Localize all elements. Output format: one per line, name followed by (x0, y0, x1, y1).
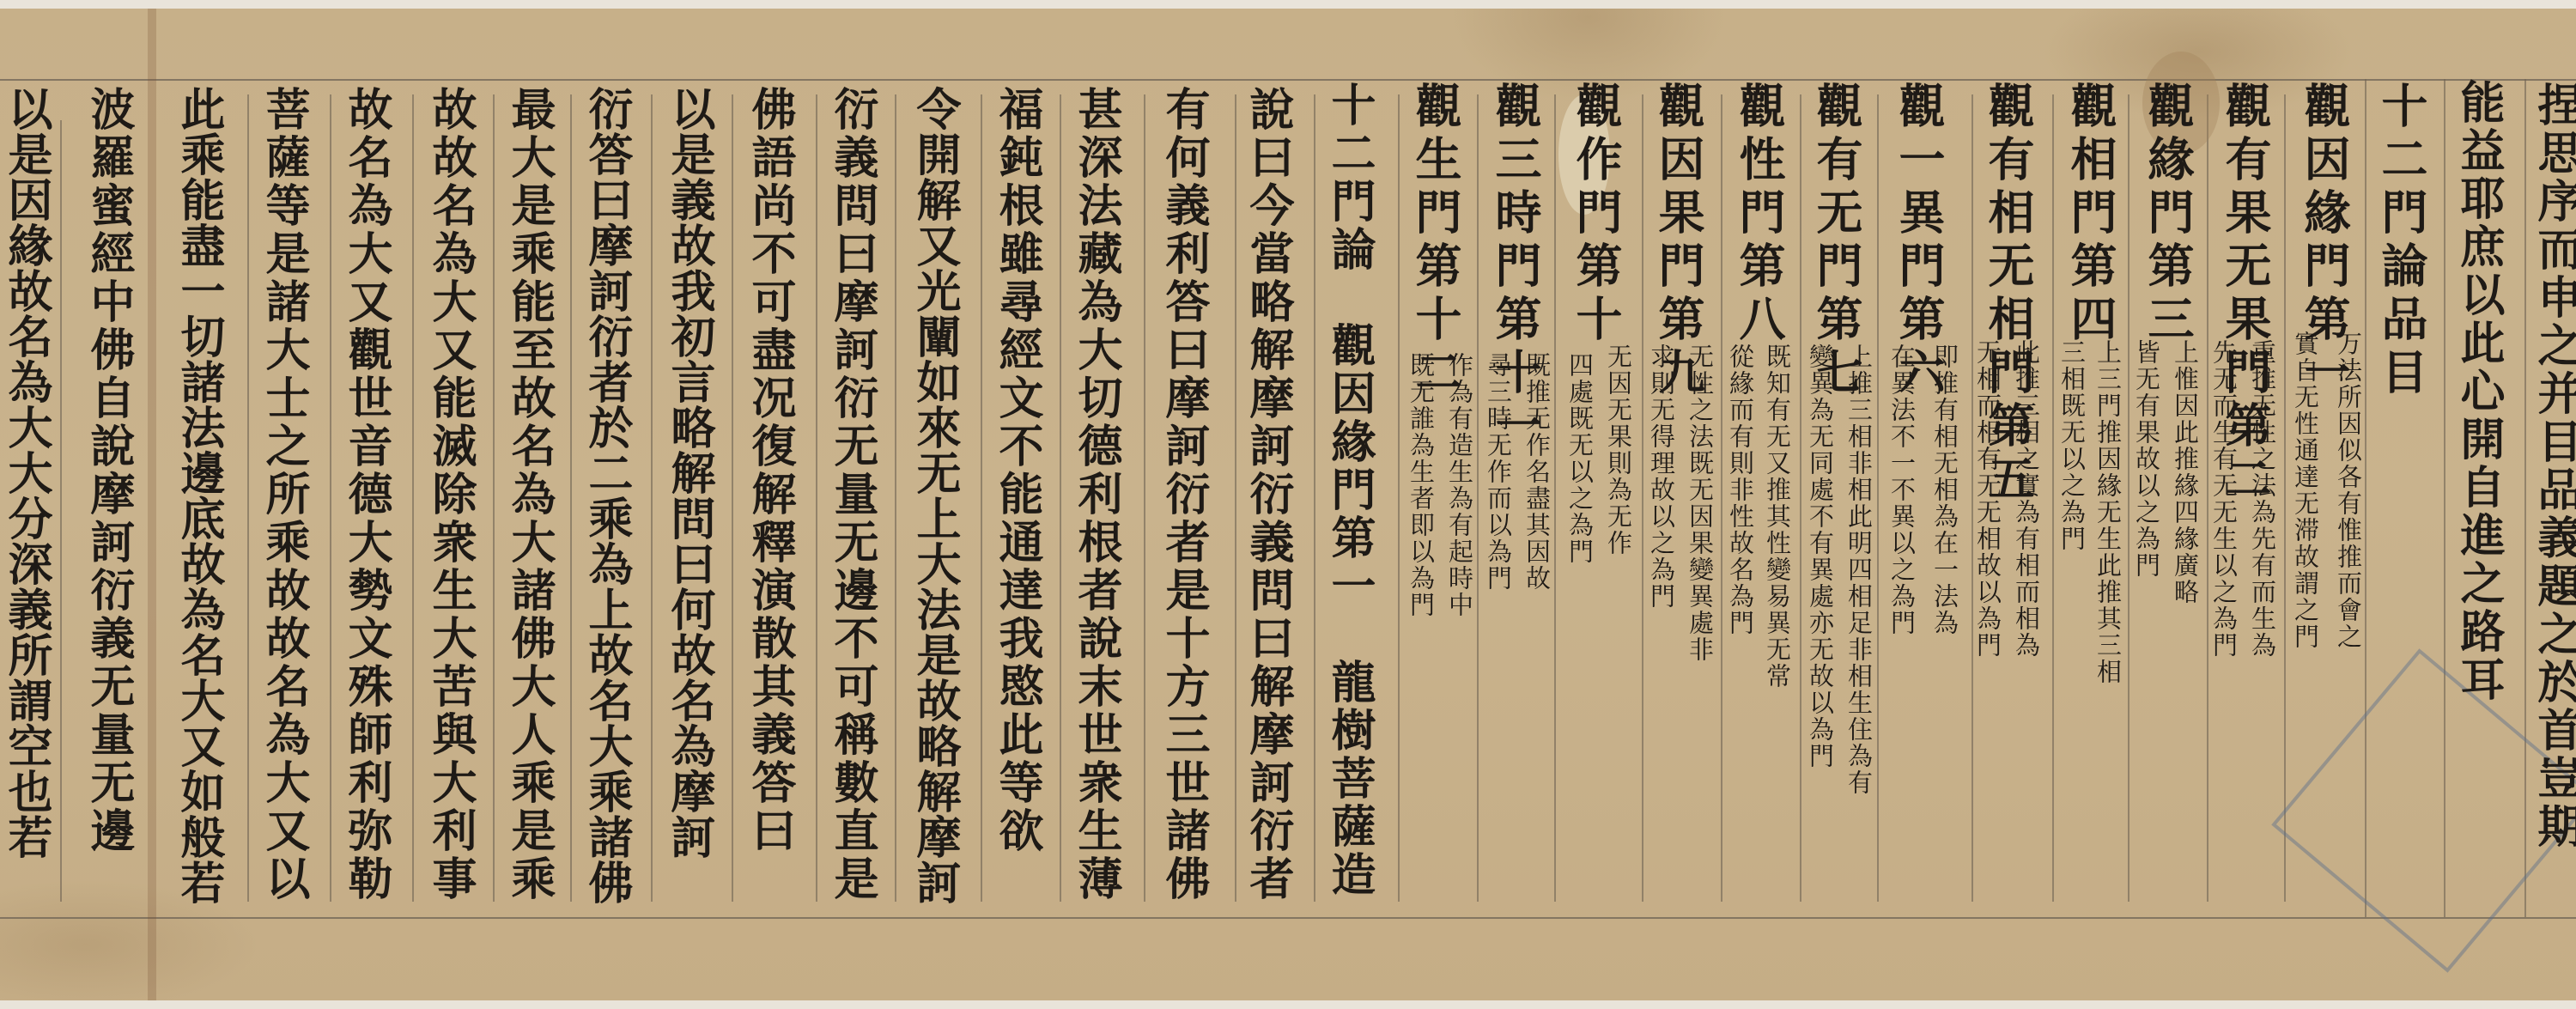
chapter-note-2b: 先无而生有无无生以之為門 (2211, 339, 2236, 659)
column-ruling (2284, 94, 2286, 902)
chapter-note-3b: 皆无有果故以之為門 (2134, 339, 2159, 579)
preface-column-1: 捏思序而申之并目品義題之於首豈期 (2533, 82, 2576, 851)
body-column-8: 以是義故我初言略解問曰何故名為摩訶 (666, 86, 711, 860)
chapter-note-6b: 在異法不一不異以之為門 (1889, 343, 1914, 636)
column-ruling (60, 120, 62, 902)
body-column-5: 令開解又光闡如來无上大法是故略解摩訶 (912, 86, 957, 905)
top-margin (0, 0, 2576, 9)
column-ruling (1314, 94, 1315, 902)
chapter-note-1b: 實自无性通達无滞故謂之門 (2293, 331, 2318, 650)
chapter-note-5b: 无相而相有无无相故以為門 (1975, 339, 2000, 659)
paper-seam (148, 9, 156, 1000)
chapter-note-11a: 既推无作名盡其因故 (1524, 352, 1549, 592)
chapter-note-3a: 上惟因此推緣四緣廣略 (2172, 339, 2197, 605)
body-column-2: 有何義利答曰摩訶衍者是十方三世諸佛 (1161, 86, 1206, 903)
chapter-title-10: 觀作門第十 (1573, 82, 1619, 348)
column-ruling (651, 94, 653, 902)
body-column-4: 福鈍根雖尋經文不能通達我愍此等欲 (994, 86, 1039, 855)
chapter-note-6a: 即推有相无相為在一法為 (1932, 343, 1957, 636)
chapter-title-3: 觀緣門第三 (2145, 82, 2191, 348)
column-ruling (1554, 94, 1556, 902)
bottom-margin (0, 1000, 2576, 1009)
preface-column-2: 能益耶庶以此心開自進之路耳 (2456, 79, 2500, 704)
column-ruling (1800, 94, 1801, 902)
column-ruling (2128, 94, 2129, 902)
chapter-note-4a: 上三門推因緣无生此推其三相 (2095, 339, 2120, 685)
manuscript-scroll: 捏思序而申之并目品義題之於首豈期 能益耶庶以此心開自進之路耳 十二門論品目 觀因… (0, 0, 2576, 1009)
column-ruling (1398, 94, 1400, 902)
chapter-note-5a: 此推三相之實為有相而相為 (2014, 339, 2038, 659)
column-ruling (1877, 94, 1879, 902)
chapter-note-10b: 四處既无以之為門 (1567, 352, 1592, 565)
column-ruling (2052, 94, 2054, 902)
body-column-10: 最大是乘能至故名為大諸佛大人乘是乘 (507, 86, 551, 903)
chapter-note-7a: 上推三相非相此明四相足非相生住為有 (1846, 343, 1871, 796)
body-column-13: 菩薩等是諸大士之所乘故故名為大又以 (261, 86, 306, 903)
body-column-3: 甚深法藏為大切德利根者說末世衆生薄 (1073, 86, 1118, 903)
body-column-16: 以是因緣故名為大大分深義所謂空也若 (3, 86, 48, 860)
body-column-6: 衍義問曰摩訶衍无量无邊不可稱數直是 (829, 86, 874, 903)
chapter-title-4: 觀相門第四 (2068, 82, 2114, 348)
column-ruling (330, 94, 331, 902)
body-column-12: 故名為大又觀世音德大勢文殊師利弥勒 (343, 86, 388, 903)
chapter-note-1a: 万法所因似各有惟推而會之 (2336, 331, 2360, 650)
body-column-15: 波羅蜜經中佛自說摩訶衍義无量无邊 (86, 86, 131, 855)
column-ruling (247, 94, 249, 902)
column-ruling (732, 94, 733, 902)
chapter-note-9a: 无性之法既无因果變異處非 (1687, 343, 1712, 663)
chapter-note-12b: 既无誰為生者即以為門 (1408, 352, 1433, 618)
column-ruling (412, 94, 414, 902)
body-column-14: 此乘能盡一切諸法邊底故為名大又如般若 (176, 86, 221, 905)
column-ruling (1477, 94, 1479, 902)
column-ruling (981, 94, 982, 902)
column-ruling (570, 94, 572, 902)
column-ruling (1235, 94, 1236, 902)
column-ruling (1642, 94, 1643, 902)
column-ruling (1721, 94, 1722, 902)
body-title-line: 十二門論 觀因緣門第一 龍樹菩薩造 (1327, 82, 1371, 899)
chapter-note-12a: 作為有造生為有起時中 (1447, 352, 1472, 618)
chapter-note-11b: 尋三時无作而以為門 (1485, 352, 1510, 592)
body-column-11: 故故名為大又能滅除衆生大苦與大利事 (428, 86, 472, 903)
chapter-note-10a: 无因无果則為无作 (1606, 343, 1631, 556)
chapter-title-8: 觀性門第八 (1736, 82, 1783, 348)
column-ruling (816, 94, 817, 902)
column-ruling (1144, 94, 1145, 902)
bottom-ruling (0, 917, 2576, 919)
chapter-note-8a: 既知有无又推其性變易異无常 (1765, 343, 1789, 690)
body-column-9: 衍答曰摩訶衍者於二乘為上故名大乘諸佛 (584, 86, 629, 905)
body-column-7: 佛語尚不可盡况復解釋演散其義答曰 (747, 86, 792, 855)
column-ruling (493, 94, 495, 902)
chapter-note-7b: 變異為无同處不有異處亦无故以為門 (1807, 343, 1832, 769)
column-ruling (895, 94, 896, 902)
chapter-note-2a: 重推无性之法為先有而生為 (2250, 339, 2275, 659)
chapter-note-8b: 從緣而有則非性故名為門 (1728, 343, 1753, 636)
contents-heading: 十二門論品目 (2379, 82, 2425, 401)
body-column-1: 說曰今當略解摩訶衍義問曰解摩訶衍者 (1245, 86, 1290, 903)
chapter-note-9b: 求則无得理故以之為門 (1649, 343, 1674, 610)
chapter-note-4b: 三相既无以之為門 (2059, 339, 2084, 552)
column-ruling (2207, 94, 2208, 902)
column-ruling (1060, 94, 1061, 902)
